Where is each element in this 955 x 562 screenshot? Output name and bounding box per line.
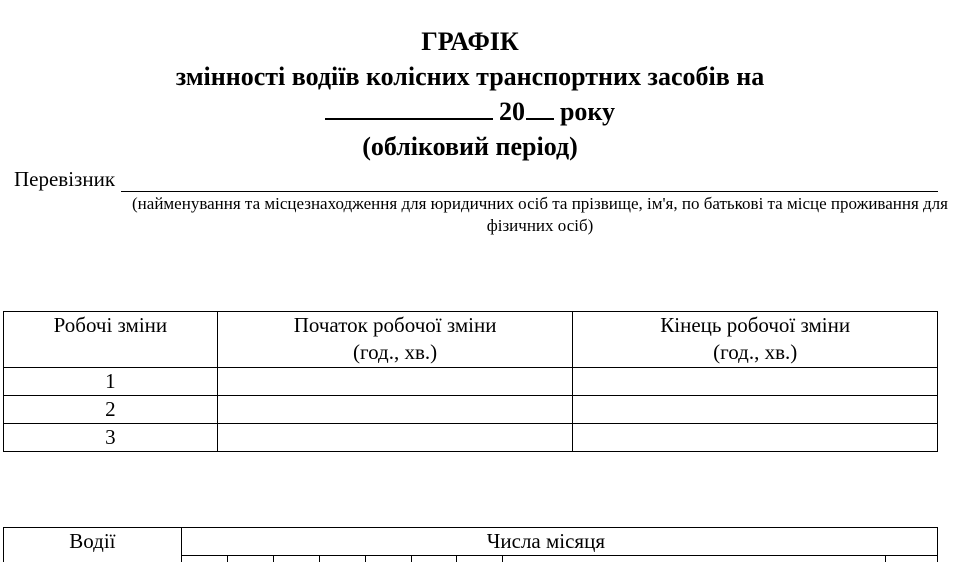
shift-number: 1 (4, 368, 218, 396)
header-days-of-month: Числа місяця (181, 528, 937, 556)
header-drivers: Водії (4, 528, 182, 562)
year-prefix: 20 (499, 97, 525, 126)
header-start: Початок робочої зміни(год., хв.) (217, 312, 573, 368)
table-row: 1 (4, 368, 938, 396)
header-end: Кінець робочої зміни(год., хв.) (573, 312, 938, 368)
period-line: 20року (0, 94, 940, 129)
header-shifts: Робочі зміни (4, 312, 218, 368)
document-subtitle: змінності водіїв колісних транспортних з… (0, 59, 940, 94)
day-cell[interactable] (886, 556, 938, 562)
year-suffix: року (560, 97, 615, 126)
shift-end-cell[interactable] (573, 424, 938, 452)
shift-end-cell[interactable] (573, 368, 938, 396)
carrier-row: Перевізник (14, 166, 938, 192)
drivers-table: Водії Числа місяця (3, 527, 938, 562)
day-cell[interactable] (181, 556, 227, 562)
period-blank-field[interactable] (325, 96, 493, 120)
period-note: (обліковий період) (0, 129, 940, 164)
day-cell[interactable] (503, 556, 886, 562)
table-row: 2 (4, 396, 938, 424)
day-cell[interactable] (457, 556, 503, 562)
day-cell[interactable] (411, 556, 457, 562)
shifts-table: Робочі зміни Початок робочої зміни(год.,… (3, 311, 938, 452)
table-row: 3 (4, 424, 938, 452)
shift-number: 2 (4, 396, 218, 424)
shift-start-cell[interactable] (217, 368, 573, 396)
carrier-field[interactable] (121, 171, 938, 192)
document-title: ГРАФІК (0, 24, 940, 59)
year-blank-field[interactable] (526, 96, 554, 120)
day-cell[interactable] (227, 556, 273, 562)
day-cell[interactable] (273, 556, 319, 562)
shift-number: 3 (4, 424, 218, 452)
shift-start-cell[interactable] (217, 424, 573, 452)
day-cell[interactable] (319, 556, 365, 562)
shift-end-cell[interactable] (573, 396, 938, 424)
carrier-hint: (найменування та місцезнаходження для юр… (120, 193, 955, 237)
day-cell[interactable] (365, 556, 411, 562)
shift-start-cell[interactable] (217, 396, 573, 424)
carrier-label: Перевізник (14, 166, 115, 192)
